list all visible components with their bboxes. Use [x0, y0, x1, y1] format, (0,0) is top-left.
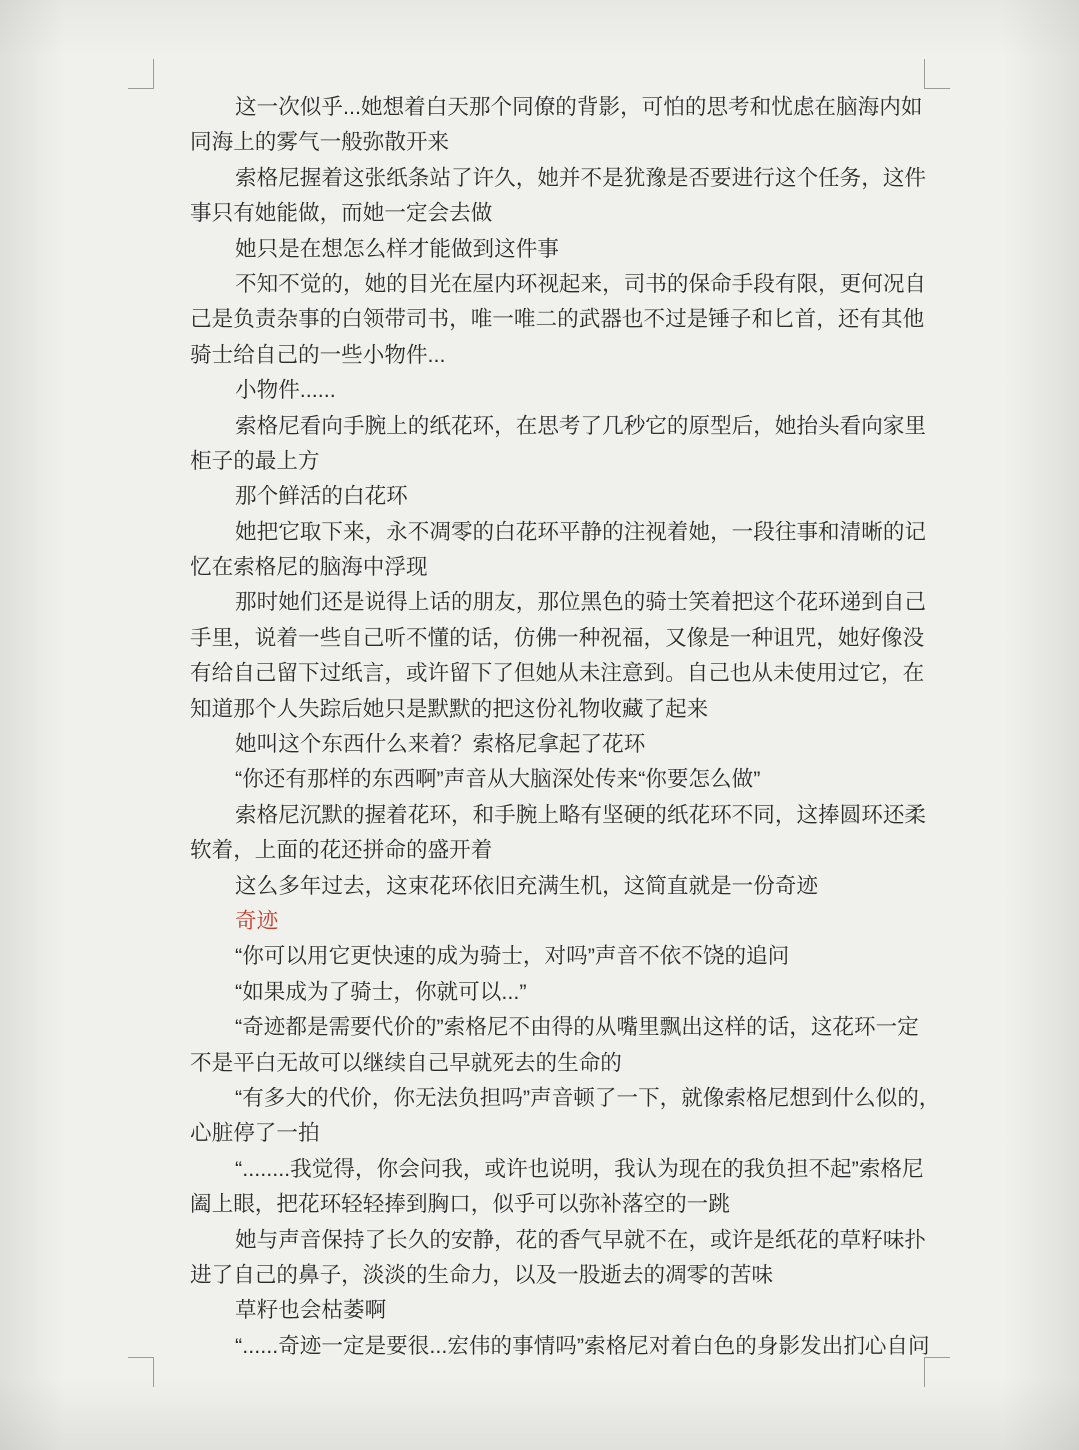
crop-mark-top-right	[924, 59, 950, 89]
text-line: 进了自己的鼻子，淡淡的生命力，以及一股逝去的凋零的苦味	[190, 1257, 926, 1292]
text-line: “......奇迹一定是要很...宏伟的事情吗”索格尼对着白色的身影发出扪心自问	[190, 1328, 926, 1363]
text-line: 草籽也会枯萎啊	[190, 1292, 926, 1327]
text-line: 她叫这个东西什么来着？索格尼拿起了花环	[190, 726, 926, 761]
text-line: “奇迹都是需要代价的”索格尼不由得的从嘴里飘出这样的话，这花环一定	[190, 1009, 926, 1044]
text-line: 小物件......	[190, 372, 926, 407]
text-line: 这一次似乎...她想着白天那个同僚的背影，可怕的思考和忧虑在脑海内如	[190, 89, 926, 124]
text-line: 骑士给自己的一些小物件...	[190, 337, 926, 372]
crop-mark-bottom-left	[128, 1357, 154, 1387]
text-line: 不是平白无故可以继续自己早就死去的生命的	[190, 1045, 926, 1080]
text-line: 索格尼沉默的握着花环，和手腕上略有坚硬的纸花环不同，这捧圆环还柔	[190, 797, 926, 832]
text-line: 那个鲜活的白花环	[190, 478, 926, 513]
text-line: 她把它取下来，永不凋零的白花环平静的注视着她，一段往事和清晰的记	[190, 514, 926, 549]
text-line: 她只是在想怎么样才能做到这件事	[190, 231, 926, 266]
text-line: 知道那个人失踪后她只是默默的把这份礼物收藏了起来	[190, 691, 926, 726]
text-line: 忆在索格尼的脑海中浮现	[190, 549, 926, 584]
text-line: 有给自己留下过纸言，或许留下了但她从未注意到。自己也从未使用过它，在	[190, 655, 926, 690]
text-line: 索格尼握着这张纸条站了许久，她并不是犹豫是否要进行这个任务，这件	[190, 160, 926, 195]
text-line: “如果成为了骑士，你就可以...”	[190, 974, 926, 1009]
text-line: 阖上眼，把花环轻轻捧到胸口，似乎可以弥补落空的一跳	[190, 1186, 926, 1221]
text-line: “你还有那样的东西啊”声音从大脑深处传来“你要怎么做”	[190, 761, 926, 796]
text-line: 那时她们还是说得上话的朋友，那位黑色的骑士笑着把这个花环递到自己	[190, 584, 926, 619]
text-line: 她与声音保持了长久的安静，花的香气早就不在，或许是纸花的草籽味扑	[190, 1222, 926, 1257]
text-line: 己是负责杂事的白领带司书，唯一唯二的武器也不过是锤子和匕首，还有其他	[190, 301, 926, 336]
text-line: 不知不觉的，她的目光在屋内环视起来，司书的保命手段有限，更何况自	[190, 266, 926, 301]
text-line: 柜子的最上方	[190, 443, 926, 478]
text-line: “........我觉得，你会问我，或许也说明，我认为现在的我负担不起”索格尼	[190, 1151, 926, 1186]
highlighted-text-line: 奇迹	[190, 903, 926, 938]
text-line: 同海上的雾气一般弥散开来	[190, 124, 926, 159]
text-line: 索格尼看向手腕上的纸花环，在思考了几秒它的原型后，她抬头看向家里	[190, 408, 926, 443]
text-line: “你可以用它更快速的成为骑士，对吗”声音不依不饶的追问	[190, 938, 926, 973]
text-line: 这么多年过去，这束花环依旧充满生机，这简直就是一份奇迹	[190, 868, 926, 903]
text-line: 软着，上面的花还拼命的盛开着	[190, 832, 926, 867]
document-page: 这一次似乎...她想着白天那个同僚的背影，可怕的思考和忧虑在脑海内如同海上的雾气…	[0, 0, 1079, 1450]
text-line: 事只有她能做，而她一定会去做	[190, 195, 926, 230]
document-text: 这一次似乎...她想着白天那个同僚的背影，可怕的思考和忧虑在脑海内如同海上的雾气…	[190, 89, 926, 1363]
crop-mark-top-left	[128, 59, 154, 89]
text-line: 心脏停了一拍	[190, 1115, 926, 1150]
text-line: 手里，说着一些自己听不懂的话，仿佛一种祝福，又像是一种诅咒，她好像没	[190, 620, 926, 655]
text-line: “有多大的代价，你无法负担吗”声音顿了一下，就像索格尼想到什么似的，	[190, 1080, 926, 1115]
